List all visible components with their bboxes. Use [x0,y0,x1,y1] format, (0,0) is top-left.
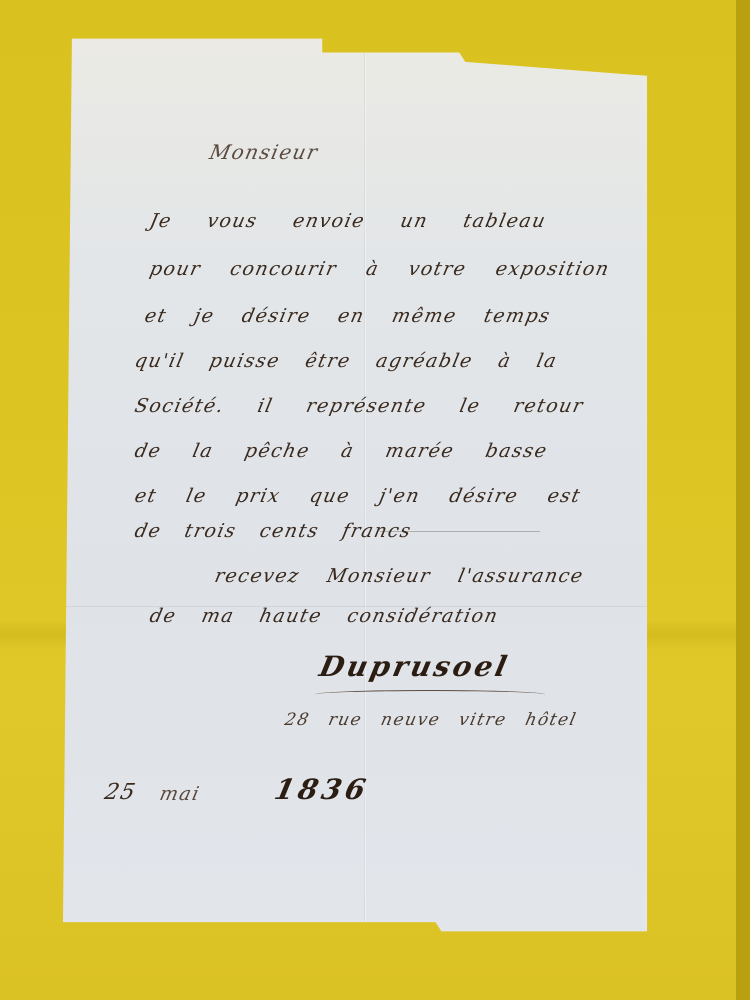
letter-closing-line: recevez Monsieur l'assurance [213,565,586,587]
date-month: mai [158,783,203,805]
letter-closing-line: de ma haute considération [148,605,501,627]
date-year: 1836 [271,773,372,806]
letter-body-line: et le prix que j'en désire est [133,485,584,507]
signature-flourish [315,690,545,699]
pen-stroke [380,531,540,532]
signature: Duprusoel [316,650,512,683]
background-edge [736,0,750,1000]
date-day: 25 [102,780,138,805]
letter-body-line: Société. il représente le retour [133,395,586,417]
letter-body-line: pour concourir à votre exposition [148,258,612,280]
letter-body-line: de la pêche à marée basse [133,440,550,462]
sender-address: 28 rue neuve vitre hôtel [283,710,579,730]
letter-salutation: Monsieur [207,140,320,164]
letter-body-line: de trois cents francs [133,520,414,542]
letter-body-line: qu'il puisse être agréable à la [133,350,560,372]
letter-body-line: et je désire en même temps [143,305,553,327]
letter-body-line: Je vous envoie un tableau [148,210,549,232]
